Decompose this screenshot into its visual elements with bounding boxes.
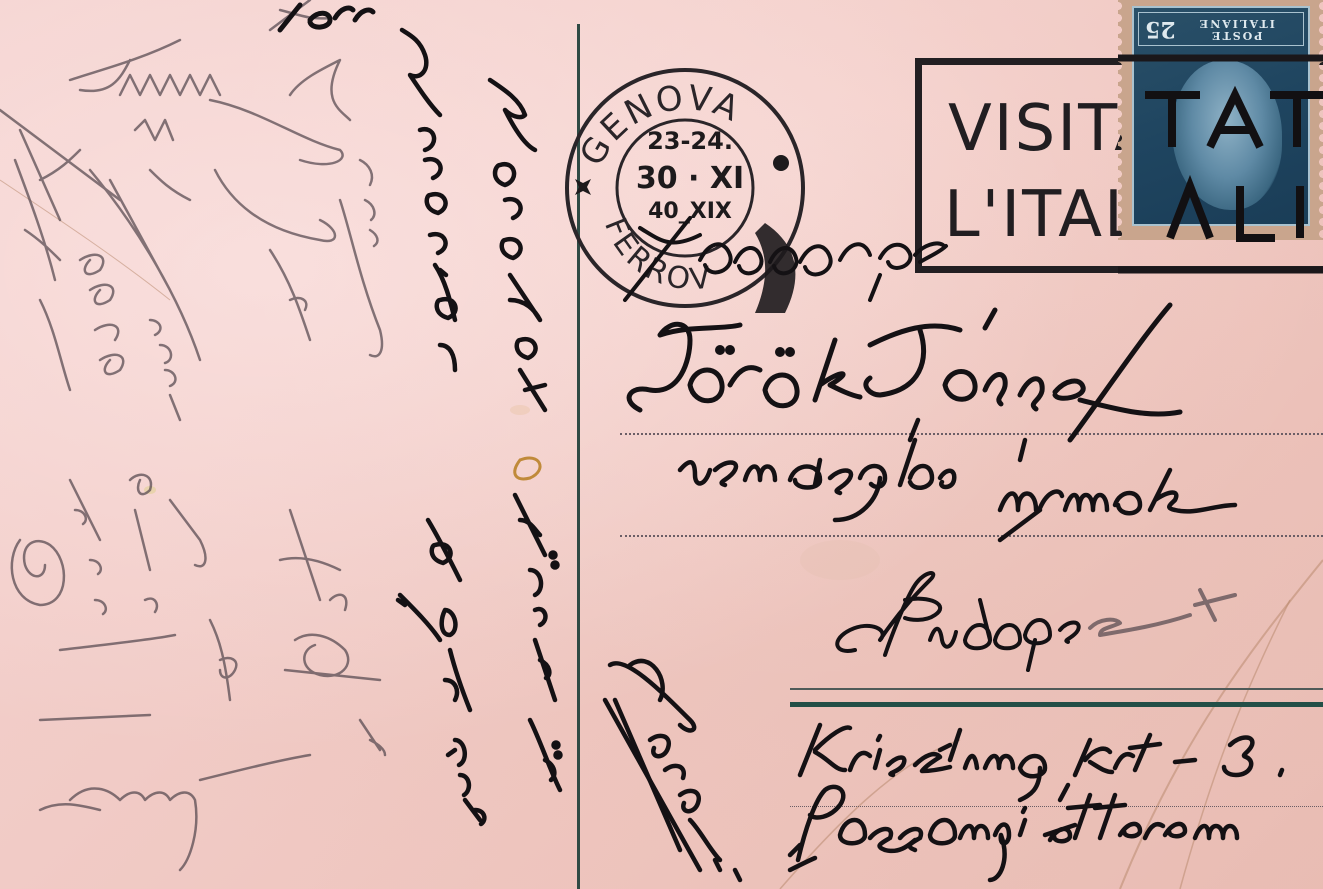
pencil-signatures-left xyxy=(0,0,385,870)
handwritten-message xyxy=(0,0,1323,889)
handwriting-message-line-1 xyxy=(490,80,561,790)
postcard: VISITAT L'ITALI POSTE ITALIANE 25 xyxy=(0,0,1323,889)
handwriting-message-line-2 xyxy=(398,30,484,824)
